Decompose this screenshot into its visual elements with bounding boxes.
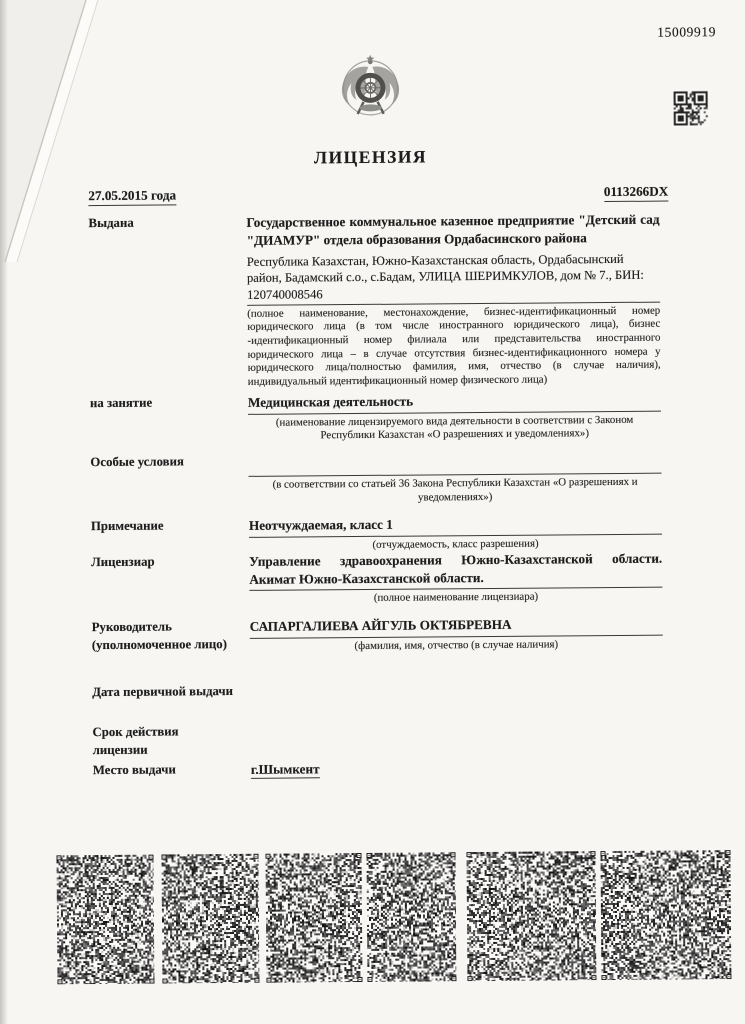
digital-signature-barcodes: [56, 850, 731, 984]
field-value: Медицинская деятельность: [248, 391, 661, 415]
field-label: Особые условия: [90, 453, 248, 472]
barcode-block: [366, 852, 456, 982]
field-activity: на занятие Медицинская деятельность (наи…: [90, 391, 661, 445]
field-value: Неотчуждаемая, класс 1: [249, 514, 662, 538]
licensee-name: Государственное коммунальное казенное пр…: [246, 211, 659, 250]
field-value: г.Шымкент: [251, 761, 320, 779]
field-label: Лицензиар: [91, 553, 249, 572]
field-label: на занятие: [90, 394, 248, 413]
field-caption: (в соответствии со статьей 36 Закона Рес…: [249, 476, 662, 506]
field-value: Управление здравоохранения Южно-Казахста…: [249, 550, 662, 592]
field-value: [250, 720, 663, 723]
field-caption: (полное наименование лицензиара): [249, 590, 662, 607]
issue-date: 27.05.2015 года: [88, 187, 176, 206]
field-validity-period: Срок действия лицензии: [92, 720, 663, 760]
licensee-address: Республика Казахстан, Южно-Казахстанская…: [247, 251, 660, 303]
field-place-of-issue: Место выдачи г.Шымкент: [93, 758, 664, 780]
field-caption: (фамилия, имя, отчество (в случае наличи…: [250, 637, 663, 654]
field-value: [248, 450, 661, 477]
field-head: Руководитель (уполномоченное лицо) САПАР…: [92, 615, 663, 656]
form-serial-number: 15009919: [657, 24, 716, 40]
field-label: Выдана: [88, 214, 246, 233]
field-issued-to: Выдана Государственное коммунальное казе…: [88, 211, 660, 391]
field-special-conditions: Особые условия (в соответствии со статье…: [90, 450, 661, 508]
kazakhstan-coat-of-arms-icon: [333, 50, 408, 132]
scanned-license-page: 15009919: [0, 0, 745, 1024]
barcode-block: [466, 851, 596, 981]
field-value: САПАРГАЛИЕВА АЙГУЛЬ ОКТЯБРЕВНА: [250, 615, 663, 639]
field-label: Место выдачи: [93, 761, 251, 780]
field-licensor: Лицензиар Управление здравоохранения Южн…: [91, 550, 662, 608]
field-first-issue-date: Дата первичной выдачи: [92, 680, 663, 702]
field-caption: (наименование лицензируемого вида деятел…: [248, 413, 661, 443]
field-note: Примечание Неотчуждаемая, класс 1 (отчуж…: [91, 514, 662, 555]
barcode-block: [265, 853, 362, 983]
field-value: Государственное коммунальное казенное пр…: [246, 211, 660, 306]
barcode-block: [161, 854, 259, 984]
license-number: 0113266DX: [604, 184, 669, 203]
field-value: [250, 680, 663, 683]
field-label: Дата первичной выдачи: [92, 683, 250, 702]
barcode-block: [56, 855, 154, 985]
document-title: ЛИЦЕНЗИЯ: [0, 144, 743, 171]
qr-code: [671, 89, 709, 127]
field-label: Примечание: [91, 517, 249, 536]
barcode-block: [600, 850, 731, 980]
date-number-row: 27.05.2015 года 0113266DX: [88, 184, 668, 207]
field-label: Руководитель (уполномоченное лицо): [92, 618, 250, 655]
field-label: Срок действия лицензии: [92, 723, 250, 760]
field-caption: (полное наименование, местонахождение, б…: [247, 304, 661, 389]
